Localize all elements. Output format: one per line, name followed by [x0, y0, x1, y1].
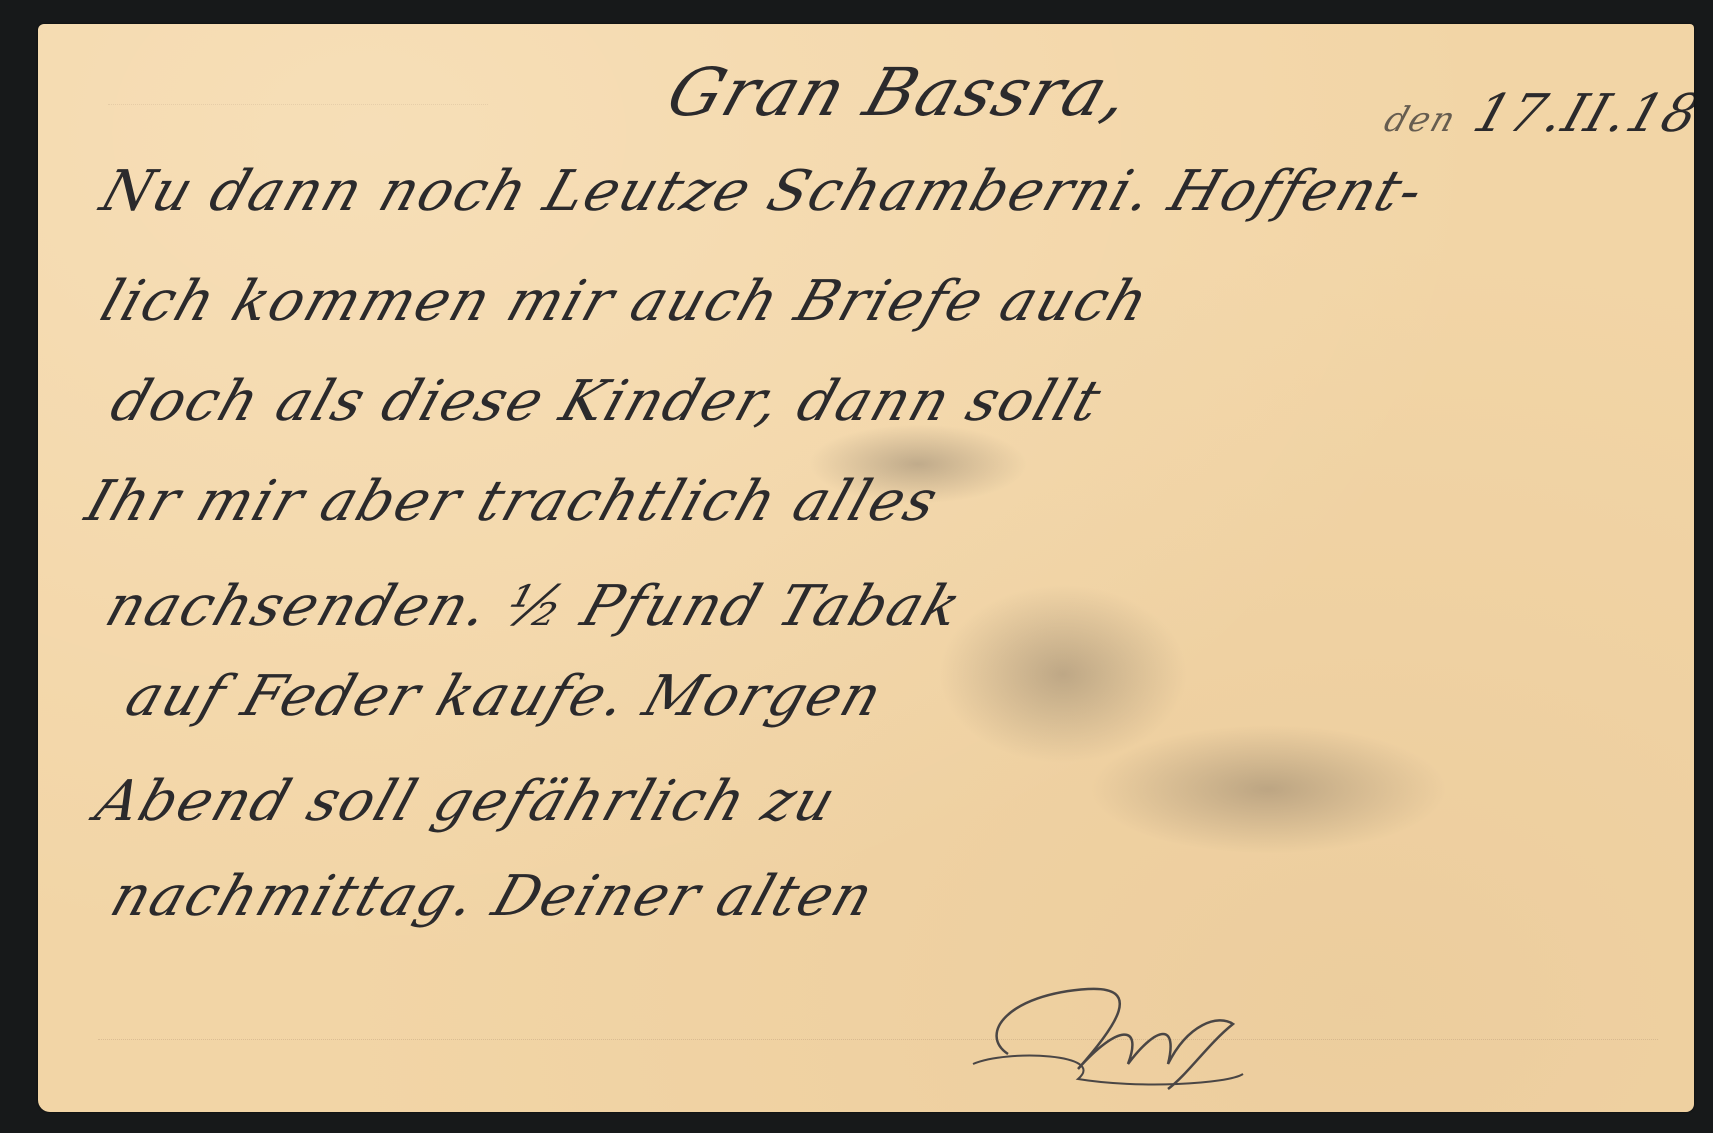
- body-line: nachsenden. ½ Pfund Tabak: [98, 574, 970, 639]
- postcard: Gran Bassra, den 17.II.18. Nu dann noch …: [38, 24, 1694, 1112]
- body-line: Abend soll gefährlich zu: [88, 769, 845, 834]
- body-line: nachmittag. Deiner alten: [103, 864, 883, 929]
- body-line: Nu dann noch Leutze Schamberni. Hoffent-: [93, 159, 1433, 224]
- preprinted-address-lines: [108, 104, 488, 145]
- body-line: auf Feder kaufe. Morgen: [118, 664, 891, 729]
- body-line: doch als diese Kinder, dann sollt: [103, 369, 1110, 434]
- body-line: lich kommen mir auch Briefe auch: [93, 269, 1158, 334]
- date-value: 17.II.18.: [1466, 84, 1694, 144]
- header-place: Gran Bassra,: [658, 54, 1142, 131]
- signature-monogram: [968, 984, 1288, 1094]
- body-line: Ihr mir aber trachtlich alles: [78, 469, 947, 534]
- preprinted-rule: [98, 1039, 1658, 1041]
- ink-smudge: [938, 584, 1188, 764]
- ink-smudge: [1088, 724, 1448, 854]
- header-date: den 17.II.18.: [1378, 84, 1694, 144]
- date-prefix: den: [1379, 100, 1462, 140]
